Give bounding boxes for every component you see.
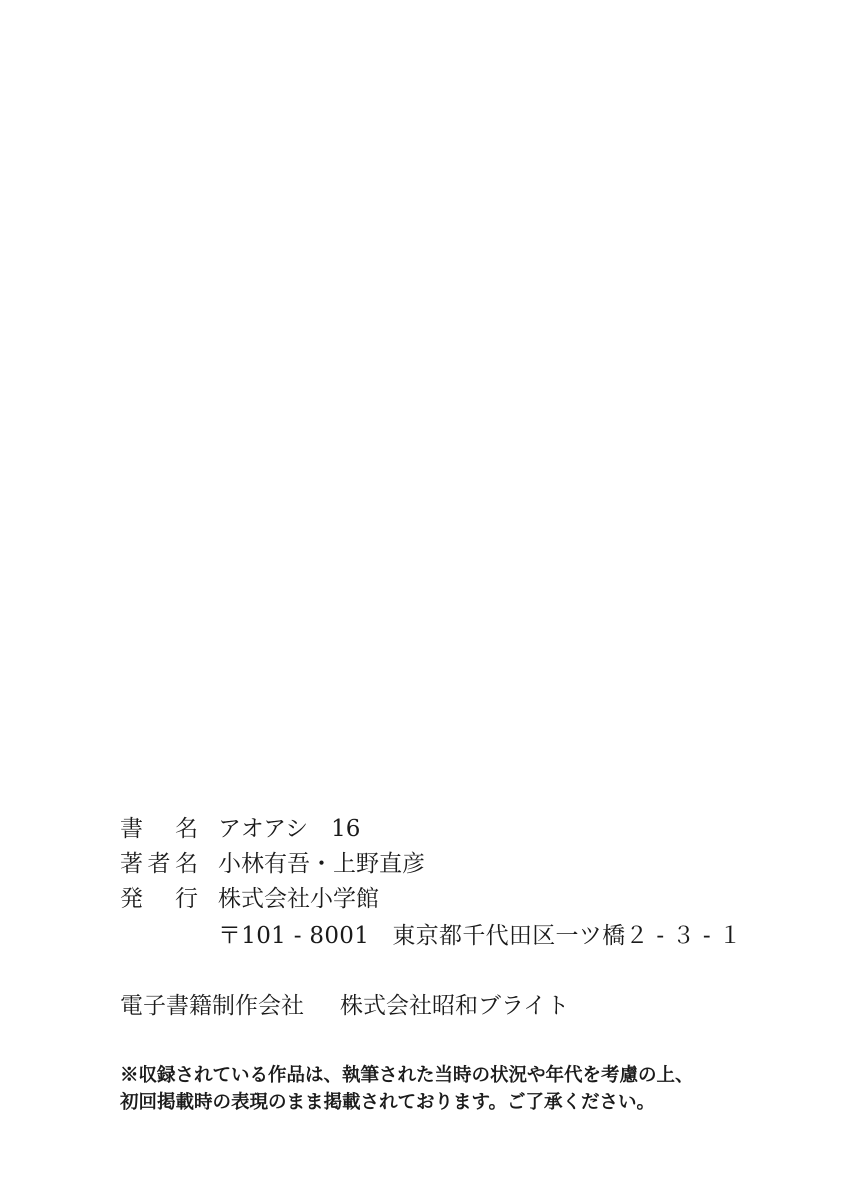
publisher-label-char: 行: [175, 882, 198, 917]
address-row: 〒101 - 8001 東京都千代田区一ツ橋２ - ３ - １: [120, 919, 800, 954]
ebook-producer: 電子書籍制作会社株式会社昭和ブライト: [120, 989, 800, 1024]
author-label-char: 名: [175, 847, 198, 882]
publisher-value: 株式会社小学館: [218, 882, 800, 917]
title-row: 書 名 アオアシ 16: [120, 812, 800, 847]
title-label-char: 書: [120, 812, 143, 847]
publisher-label-char: 発: [120, 882, 143, 917]
notice-line-1: ※収録されている作品は、執筆された当時の状況や年代を考慮の上、: [120, 1062, 800, 1089]
title-label-char: 名: [175, 812, 198, 847]
content-notice: ※収録されている作品は、執筆された当時の状況や年代を考慮の上、 初回掲載時の表現…: [120, 1062, 800, 1116]
author-value: 小林有吾・上野直彦: [218, 847, 800, 882]
ebook-producer-value: 株式会社昭和ブライト: [340, 993, 569, 1019]
publisher-row: 発 行 株式会社小学館: [120, 882, 800, 917]
notice-line-2: 初回掲載時の表現のまま掲載されております。ご了承ください。: [120, 1089, 800, 1116]
title-value: アオアシ 16: [218, 812, 800, 847]
colophon: 書 名 アオアシ 16 著 者 名 小林有吾・上野直彦 発 行 株式会社小学館 …: [120, 812, 800, 1116]
title-label: 書 名: [120, 812, 218, 847]
author-label-char: 著: [120, 847, 143, 882]
publisher-label: 発 行: [120, 882, 218, 917]
author-row: 著 者 名 小林有吾・上野直彦: [120, 847, 800, 882]
publisher-address: 〒101 - 8001 東京都千代田区一ツ橋２ - ３ - １: [218, 919, 800, 954]
author-label: 著 者 名: [120, 847, 218, 882]
ebook-producer-label: 電子書籍制作会社: [120, 993, 304, 1019]
author-label-char: 者: [148, 847, 171, 882]
